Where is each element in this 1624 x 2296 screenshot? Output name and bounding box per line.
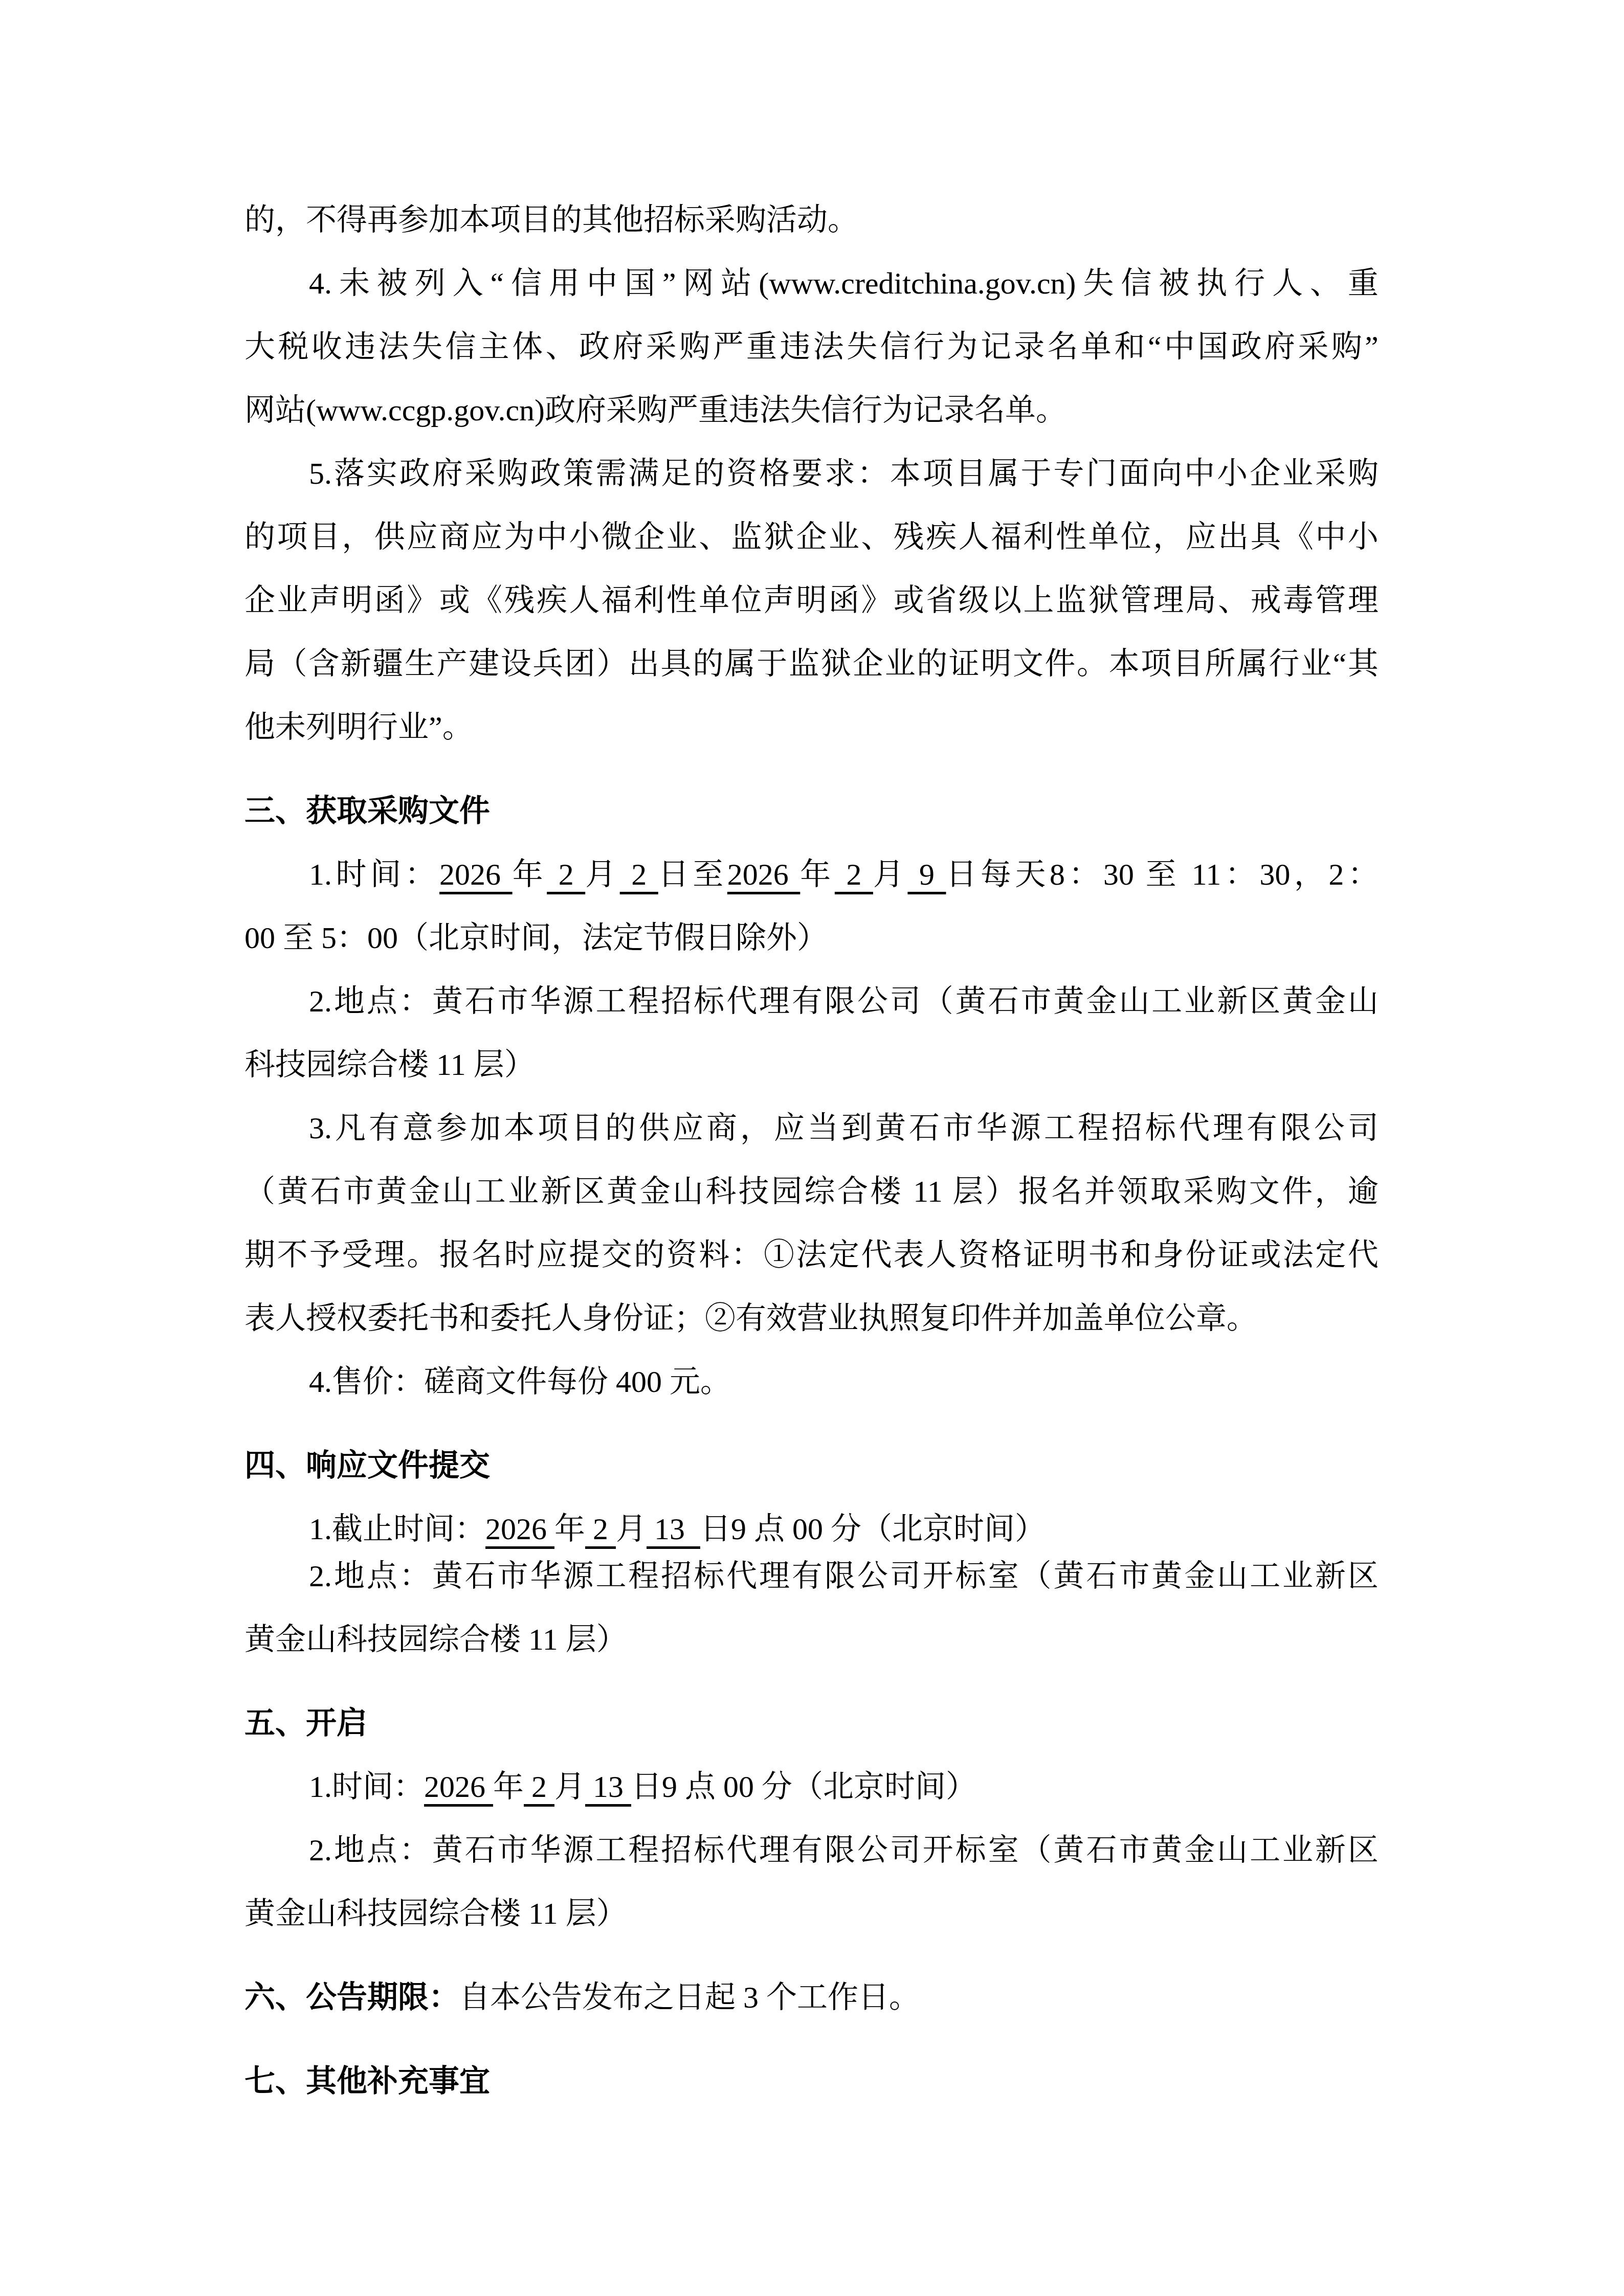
text-run: 日9 点 00 分（北京时间）: [700, 1512, 1045, 1546]
text-run: 月: [585, 858, 620, 891]
text-run: 六、公告期限：: [244, 1980, 459, 2014]
text-run: 月: [873, 858, 908, 891]
underlined-text-run: 13: [585, 1770, 631, 1804]
text-run: 五、开启: [244, 1706, 367, 1740]
document-line: 1.截止时间：2026 年 2 月 13 日9 点 00 分（北京时间）: [244, 1514, 1378, 1544]
underlined-text-run: 2: [547, 858, 585, 891]
text-run: 七、其他补充事宜: [244, 2064, 490, 2098]
underlined-text-run: 2: [585, 1512, 616, 1546]
document-line: 黄金山科技园综合楼 11 层）: [244, 1898, 1378, 1929]
section-heading: 五、开启: [244, 1708, 1378, 1739]
section-heading: 七、其他补充事宜: [244, 2066, 1378, 2097]
document-line: 黄金山科技园综合楼 11 层）: [244, 1624, 1378, 1655]
document-line: 5.落实政府采购政策需满足的资格要求：本项目属于专门面向中小企业采购: [244, 458, 1378, 489]
text-run: 5.落实政府采购政策需满足的资格要求：本项目属于专门面向中小企业采购: [309, 457, 1378, 490]
document-line: 4.未被列入“信用中国”网站(www.creditchina.gov.cn)失信…: [244, 268, 1378, 299]
document-line: 3.凡有意参加本项目的供应商，应当到黄石市华源工程招标代理有限公司: [244, 1113, 1378, 1143]
underlined-text-run: 2: [524, 1770, 554, 1804]
document-line: 2.地点：黄石市华源工程招标代理有限公司（黄石市黄金山工业新区黄金山: [244, 986, 1378, 1017]
text-run: 1.时间：: [309, 1770, 424, 1804]
underlined-text-run: 9: [907, 858, 946, 891]
text-run: 2.地点：黄石市华源工程招标代理有限公司（黄石市黄金山工业新区黄金山: [309, 984, 1378, 1018]
document-line: 2.地点：黄石市华源工程招标代理有限公司开标室（黄石市黄金山工业新区: [244, 1835, 1378, 1865]
document-line: 企业声明函》或《残疾人福利性单位声明函》或省级以上监狱管理局、戒毒管理: [244, 585, 1378, 616]
document-page: 的，不得再参加本项目的其他招标采购活动。4.未被列入“信用中国”网站(www.c…: [0, 0, 1624, 2296]
text-run: 局（含新疆生产建设兵团）出具的属于监狱企业的证明文件。本项目所属行业“其: [244, 647, 1378, 681]
document-line: 1.时间：2026 年 2 月 2 日至2026 年 2 月 9 日每天8：30…: [244, 859, 1378, 890]
underlined-text-run: 2: [835, 858, 873, 891]
document-line: 的项目，供应商应为中小微企业、监狱企业、残疾人福利性单位，应出具《中小: [244, 522, 1378, 552]
text-run: 年: [513, 858, 547, 891]
text-run: 的，不得再参加本项目的其他招标采购活动。: [244, 203, 858, 237]
text-run: 00 至 5：00（北京时间，法定节假日除外）: [244, 921, 828, 955]
document-line: 六、公告期限：自本公告发布之日起 3 个工作日。: [244, 1982, 1378, 2013]
underlined-text-run: 13: [647, 1512, 700, 1546]
text-run: 年: [800, 858, 835, 891]
text-run: 企业声明函》或《残疾人福利性单位声明函》或省级以上监狱管理局、戒毒管理: [244, 583, 1378, 617]
document-line: （黄石市黄金山工业新区黄金山科技园综合楼 11 层）报名并领取采购文件，逾: [244, 1176, 1378, 1207]
text-run: 月: [616, 1512, 647, 1546]
text-run: 日至: [658, 858, 727, 891]
text-run: 2.地点：黄石市华源工程招标代理有限公司开标室（黄石市黄金山工业新区: [309, 1559, 1378, 1593]
text-run: 1.截止时间：: [309, 1512, 485, 1546]
underlined-text-run: 2026: [485, 1512, 554, 1546]
text-run: 的项目，供应商应为中小微企业、监狱企业、残疾人福利性单位，应出具《中小: [244, 520, 1378, 554]
document-line: 局（含新疆生产建设兵团）出具的属于监狱企业的证明文件。本项目所属行业“其: [244, 648, 1378, 679]
text-run: 4.售价：磋商文件每份 400 元。: [309, 1365, 731, 1399]
text-run: 日9 点 00 分（北京时间）: [631, 1770, 976, 1804]
section-heading: 四、响应文件提交: [244, 1450, 1378, 1481]
text-run: 表人授权委托书和委托人身份证；②有效营业执照复印件并加盖单位公章。: [244, 1301, 1257, 1335]
document-line: 00 至 5：00（北京时间，法定节假日除外）: [244, 922, 1378, 953]
text-run: 日每天8：30 至 11：30，2：: [946, 858, 1379, 891]
text-run: 月: [554, 1770, 585, 1804]
text-run: 3.凡有意参加本项目的供应商，应当到黄石市华源工程招标代理有限公司: [309, 1111, 1378, 1145]
text-run: 他未列明行业”。: [244, 710, 473, 744]
section-heading: 三、获取采购文件: [244, 796, 1378, 826]
underlined-text-run: 2026: [439, 858, 513, 891]
text-run: 期不予受理。报名时应提交的资料：①法定代表人资格证明书和身份证或法定代: [244, 1238, 1378, 1272]
text-run: 年: [493, 1770, 524, 1804]
text-run: 4.未被列入“信用中国”网站(www.creditchina.gov.cn)失信…: [309, 266, 1378, 300]
document-line: 1.时间：2026 年 2 月 13 日9 点 00 分（北京时间）: [244, 1771, 1378, 1802]
text-run: 1.时间：: [309, 858, 439, 891]
document-line: 表人授权委托书和委托人身份证；②有效营业执照复印件并加盖单位公章。: [244, 1303, 1378, 1334]
document-line: 网站(www.ccgp.gov.cn)政府采购严重违法失信行为记录名单。: [244, 395, 1378, 425]
document-line: 4.售价：磋商文件每份 400 元。: [244, 1366, 1378, 1397]
text-run: （黄石市黄金山工业新区黄金山科技园综合楼 11 层）报名并领取采购文件，逾: [244, 1175, 1378, 1208]
document-line: 的，不得再参加本项目的其他招标采购活动。: [244, 205, 1378, 235]
text-run: 自本公告发布之日起 3 个工作日。: [459, 1980, 920, 2014]
document-line: 他未列明行业”。: [244, 712, 1378, 742]
text-run: 2.地点：黄石市华源工程招标代理有限公司开标室（黄石市黄金山工业新区: [309, 1833, 1378, 1867]
document-line: 大税收违法失信主体、政府采购严重违法失信行为记录名单和“中国政府采购”: [244, 331, 1378, 362]
document-line: 2.地点：黄石市华源工程招标代理有限公司开标室（黄石市黄金山工业新区: [244, 1561, 1378, 1591]
text-run: 三、获取采购文件: [244, 794, 490, 828]
text-run: 大税收违法失信主体、政府采购严重违法失信行为记录名单和“中国政府采购”: [244, 330, 1378, 364]
underlined-text-run: 2: [620, 858, 658, 891]
document-line: 科技园综合楼 11 层）: [244, 1049, 1378, 1080]
text-run: 年: [554, 1512, 585, 1546]
document-line: 期不予受理。报名时应提交的资料：①法定代表人资格证明书和身份证或法定代: [244, 1240, 1378, 1270]
text-run: 黄金山科技园综合楼 11 层）: [244, 1623, 627, 1656]
underlined-text-run: 2026: [727, 858, 800, 891]
text-run: 网站(www.ccgp.gov.cn)政府采购严重违法失信行为记录名单。: [244, 393, 1066, 427]
text-run: 四、响应文件提交: [244, 1449, 490, 1482]
underlined-text-run: 2026: [424, 1770, 493, 1804]
text-run: 科技园综合楼 11 层）: [244, 1048, 535, 1082]
text-run: 黄金山科技园综合楼 11 层）: [244, 1897, 627, 1930]
